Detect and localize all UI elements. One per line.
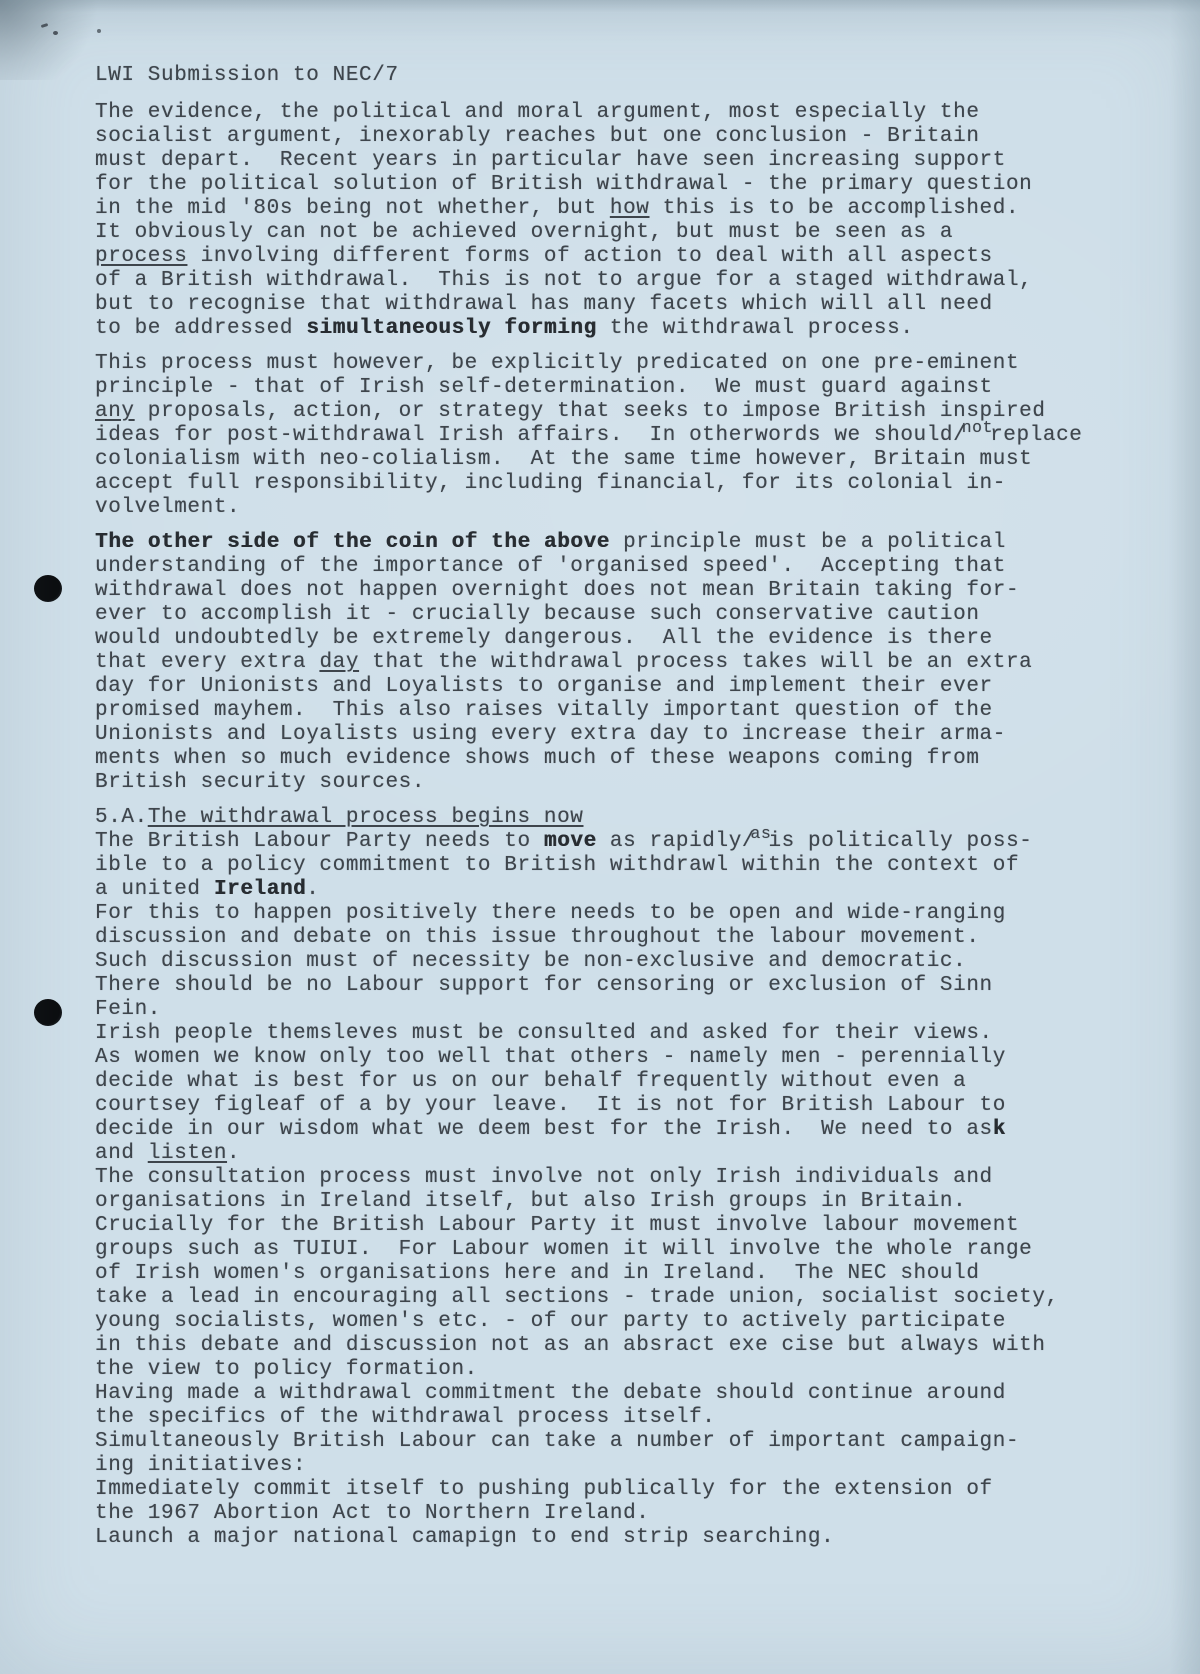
text-line: ever to accomplish it - crucially becaus… bbox=[95, 603, 1105, 627]
text-line: that every extra day that the withdrawal… bbox=[95, 651, 1105, 675]
text-run: as bbox=[751, 822, 772, 846]
text-run: . bbox=[227, 1142, 240, 1165]
text-run: day for Unionists and Loyalists to organ… bbox=[95, 675, 993, 698]
text-run: socialist argument, inexorably reaches b… bbox=[95, 125, 980, 148]
text-run: British security sources. bbox=[95, 771, 425, 794]
text-run: groups such as TUIUI. For Labour women i… bbox=[95, 1238, 1032, 1261]
paragraph: The other side of the coin of the above … bbox=[95, 531, 1105, 795]
text-run: day bbox=[319, 651, 359, 674]
text-run: of Irish women's organisations here and … bbox=[95, 1262, 980, 1285]
text-run: in this debate and discussion not as an … bbox=[95, 1334, 1046, 1357]
text-line: day for Unionists and Loyalists to organ… bbox=[95, 675, 1105, 699]
text-run: proposals, action, or strategy that seek… bbox=[135, 400, 1046, 423]
text-run: ing initiatives: bbox=[95, 1454, 306, 1477]
text-line: decide in our wisdom what we deem best f… bbox=[95, 1118, 1105, 1142]
text-line: The British Labour Party needs to move a… bbox=[95, 830, 1105, 854]
text-run: The withdrawal process begins now bbox=[148, 806, 584, 829]
text-line: must depart. Recent years in particular … bbox=[95, 149, 1105, 173]
text-line: Irish people themsleves must be consulte… bbox=[95, 1022, 1105, 1046]
text-run: but to recognise that withdrawal has man… bbox=[95, 293, 993, 316]
text-run: withdrawal does not happen overnight doe… bbox=[95, 579, 1019, 602]
text-run: organisations in Ireland itself, but als… bbox=[95, 1190, 966, 1213]
text-run: take a lead in encouraging all sections … bbox=[95, 1286, 1059, 1309]
text-run: Unionists and Loyalists using every extr… bbox=[95, 723, 1006, 746]
text-line: process involving different forms of act… bbox=[95, 245, 1105, 269]
text-run: accept full responsibility, including fi… bbox=[95, 472, 1006, 495]
paragraph: This process must however, be explicitly… bbox=[95, 352, 1105, 520]
hole-punch-top bbox=[34, 575, 62, 602]
text-run: a united bbox=[95, 878, 214, 901]
text-run: There should be no Labour support for ce… bbox=[95, 974, 993, 997]
text-run: ible to a policy commitment to British w… bbox=[95, 854, 1019, 877]
text-line: accept full responsibility, including fi… bbox=[95, 472, 1105, 496]
text-run: The evidence, the political and moral ar… bbox=[95, 101, 980, 124]
paragraph: 5.A.The withdrawal process begins nowThe… bbox=[95, 806, 1105, 1550]
text-line: and listen. bbox=[95, 1142, 1105, 1166]
text-run: of a British withdrawal. This is not to … bbox=[95, 269, 1032, 292]
text-run: is politically poss- bbox=[768, 830, 1032, 853]
text-run: would undoubtedly be extremely dangerous… bbox=[95, 627, 993, 650]
text-line: British security sources. bbox=[95, 771, 1105, 795]
text-run: must depart. Recent years in particular … bbox=[95, 149, 1006, 172]
text-run: and bbox=[95, 1142, 148, 1165]
text-run: decide in our wisdom what we deem best f… bbox=[95, 1118, 993, 1141]
text-run: The British Labour Party needs to bbox=[95, 830, 544, 853]
text-run: as rapidly/ bbox=[597, 830, 755, 853]
text-line: Launch a major national camapign to end … bbox=[95, 1526, 1105, 1550]
text-run: principle - that of Irish self-determina… bbox=[95, 376, 993, 399]
text-line: a united Ireland. bbox=[95, 878, 1105, 902]
text-run: any bbox=[95, 400, 135, 423]
text-run: The other side of the coin of the above bbox=[95, 531, 610, 554]
text-run: decide what is best for us on our behalf… bbox=[95, 1070, 966, 1093]
text-line: principle - that of Irish self-determina… bbox=[95, 376, 1105, 400]
text-run: 5.A. bbox=[95, 806, 148, 829]
text-line: colonialism with neo-colialism. At the s… bbox=[95, 448, 1105, 472]
text-run: principle must be a political bbox=[610, 531, 1006, 554]
text-line: understanding of the importance of 'orga… bbox=[95, 555, 1105, 579]
text-run: volvelment. bbox=[95, 496, 240, 519]
text-line: This process must however, be explicitly… bbox=[95, 352, 1105, 376]
page-right-edge-shadow bbox=[1166, 0, 1200, 1674]
text-run: that the withdrawal process takes will b… bbox=[359, 651, 1032, 674]
text-line: in the mid '80s being not whether, but h… bbox=[95, 197, 1105, 221]
text-run: replace bbox=[990, 424, 1082, 447]
text-run: This process must however, be explicitly… bbox=[95, 352, 1019, 375]
text-line: Such discussion must of necessity be non… bbox=[95, 950, 1105, 974]
text-run: listen bbox=[148, 1142, 227, 1165]
text-run: Such discussion must of necessity be non… bbox=[95, 950, 966, 973]
text-line: but to recognise that withdrawal has man… bbox=[95, 293, 1105, 317]
text-run: Ireland bbox=[214, 878, 306, 901]
text-line: to be addressed simultaneously forming t… bbox=[95, 317, 1105, 341]
text-run: As women we know only too well that othe… bbox=[95, 1046, 1006, 1069]
text-run: Crucially for the British Labour Party i… bbox=[95, 1214, 1019, 1237]
text-run: The consultation process must involve no… bbox=[95, 1166, 993, 1189]
text-run: courtsey figleaf of a by your leave. It … bbox=[95, 1094, 1006, 1117]
text-line: any proposals, action, or strategy that … bbox=[95, 400, 1105, 424]
text-run: for the political solution of British wi… bbox=[95, 173, 1032, 196]
text-line: Having made a withdrawal commitment the … bbox=[95, 1382, 1105, 1406]
document-title: LWI Submission to NEC/7 bbox=[95, 64, 1105, 88]
paragraph: The evidence, the political and moral ar… bbox=[95, 101, 1105, 341]
text-run: ideas for post-withdrawal Irish affairs.… bbox=[95, 424, 966, 447]
text-line: Simultaneously British Labour can take a… bbox=[95, 1430, 1105, 1454]
text-run: this is to be accomplished. bbox=[650, 197, 1020, 220]
text-line: the 1967 Abortion Act to Northern Irelan… bbox=[95, 1502, 1105, 1526]
text-line: ible to a policy commitment to British w… bbox=[95, 854, 1105, 878]
text-run: process bbox=[95, 245, 187, 268]
text-run: It obviously can not be achieved overnig… bbox=[95, 221, 953, 244]
text-line: decide what is best for us on our behalf… bbox=[95, 1070, 1105, 1094]
text-line: the specifics of the withdrawal process … bbox=[95, 1406, 1105, 1430]
text-line: courtsey figleaf of a by your leave. It … bbox=[95, 1094, 1105, 1118]
text-run: that every extra bbox=[95, 651, 319, 674]
text-run: Fein. bbox=[95, 998, 161, 1021]
scanned-document-page: LWI Submission to NEC/7 The evidence, th… bbox=[0, 0, 1200, 1674]
text-run: simultaneously forming bbox=[306, 317, 596, 340]
text-run: the view to policy formation. bbox=[95, 1358, 478, 1381]
text-run: ments when so much evidence shows much o… bbox=[95, 747, 980, 770]
text-run: move bbox=[544, 830, 597, 853]
text-line: organisations in Ireland itself, but als… bbox=[95, 1190, 1105, 1214]
text-run: Launch a major national camapign to end … bbox=[95, 1526, 834, 1549]
text-run: the withdrawal process. bbox=[597, 317, 914, 340]
text-line: 5.A.The withdrawal process begins now bbox=[95, 806, 1105, 830]
text-run: young socialists, women's etc. - of our … bbox=[95, 1310, 1006, 1333]
text-line: ing initiatives: bbox=[95, 1454, 1105, 1478]
text-run: how bbox=[610, 197, 650, 220]
hole-punch-bottom bbox=[34, 999, 62, 1026]
text-line: of Irish women's organisations here and … bbox=[95, 1262, 1105, 1286]
text-line: It obviously can not be achieved overnig… bbox=[95, 221, 1105, 245]
text-line: for the political solution of British wi… bbox=[95, 173, 1105, 197]
text-line: Immediately commit itself to pushing pub… bbox=[95, 1478, 1105, 1502]
text-line: As women we know only too well that othe… bbox=[95, 1046, 1105, 1070]
text-run: Immediately commit itself to pushing pub… bbox=[95, 1478, 993, 1501]
text-line: socialist argument, inexorably reaches b… bbox=[95, 125, 1105, 149]
text-line: The evidence, the political and moral ar… bbox=[95, 101, 1105, 125]
text-run: colonialism with neo-colialism. At the s… bbox=[95, 448, 1032, 471]
text-line: The consultation process must involve no… bbox=[95, 1166, 1105, 1190]
text-run: involving different forms of action to d… bbox=[187, 245, 992, 268]
text-line: discussion and debate on this issue thro… bbox=[95, 926, 1105, 950]
text-run: the 1967 Abortion Act to Northern Irelan… bbox=[95, 1502, 650, 1525]
text-line: would undoubtedly be extremely dangerous… bbox=[95, 627, 1105, 651]
text-run: . bbox=[306, 878, 319, 901]
text-line: ideas for post-withdrawal Irish affairs.… bbox=[95, 424, 1105, 448]
text-line: Crucially for the British Labour Party i… bbox=[95, 1214, 1105, 1238]
text-line: groups such as TUIUI. For Labour women i… bbox=[95, 1238, 1105, 1262]
text-line: For this to happen positively there need… bbox=[95, 902, 1105, 926]
text-run: in the mid '80s being not whether, but bbox=[95, 197, 610, 220]
text-run: Simultaneously British Labour can take a… bbox=[95, 1430, 1019, 1453]
text-run: Irish people themsleves must be consulte… bbox=[95, 1022, 993, 1045]
text-run: understanding of the importance of 'orga… bbox=[95, 555, 1006, 578]
pen-mark bbox=[53, 31, 58, 35]
text-run: to be addressed bbox=[95, 317, 306, 340]
text-run: the specifics of the withdrawal process … bbox=[95, 1406, 716, 1429]
text-line: Fein. bbox=[95, 998, 1105, 1022]
pen-mark bbox=[41, 23, 49, 28]
text-line: the view to policy formation. bbox=[95, 1358, 1105, 1382]
text-line: in this debate and discussion not as an … bbox=[95, 1334, 1105, 1358]
text-line: There should be no Labour support for ce… bbox=[95, 974, 1105, 998]
text-run: not bbox=[962, 416, 993, 440]
text-line: ments when so much evidence shows much o… bbox=[95, 747, 1105, 771]
text-line: volvelment. bbox=[95, 496, 1105, 520]
text-line: of a British withdrawal. This is not to … bbox=[95, 269, 1105, 293]
text-run: Having made a withdrawal commitment the … bbox=[95, 1382, 1006, 1405]
text-line: withdrawal does not happen overnight doe… bbox=[95, 579, 1105, 603]
text-run: discussion and debate on this issue thro… bbox=[95, 926, 980, 949]
page-top-edge-shadow bbox=[0, 0, 1200, 14]
text-run: For this to happen positively there need… bbox=[95, 902, 1006, 925]
text-line: The other side of the coin of the above … bbox=[95, 531, 1105, 555]
document-body: LWI Submission to NEC/7 The evidence, th… bbox=[95, 64, 1105, 1550]
text-run: ever to accomplish it - crucially becaus… bbox=[95, 603, 980, 626]
text-line: Unionists and Loyalists using every extr… bbox=[95, 723, 1105, 747]
text-line: promised mayhem. This also raises vitall… bbox=[95, 699, 1105, 723]
text-line: young socialists, women's etc. - of our … bbox=[95, 1310, 1105, 1334]
ink-speck bbox=[97, 29, 101, 33]
text-run: promised mayhem. This also raises vitall… bbox=[95, 699, 993, 722]
text-run: k bbox=[993, 1118, 1006, 1141]
text-line: take a lead in encouraging all sections … bbox=[95, 1286, 1105, 1310]
